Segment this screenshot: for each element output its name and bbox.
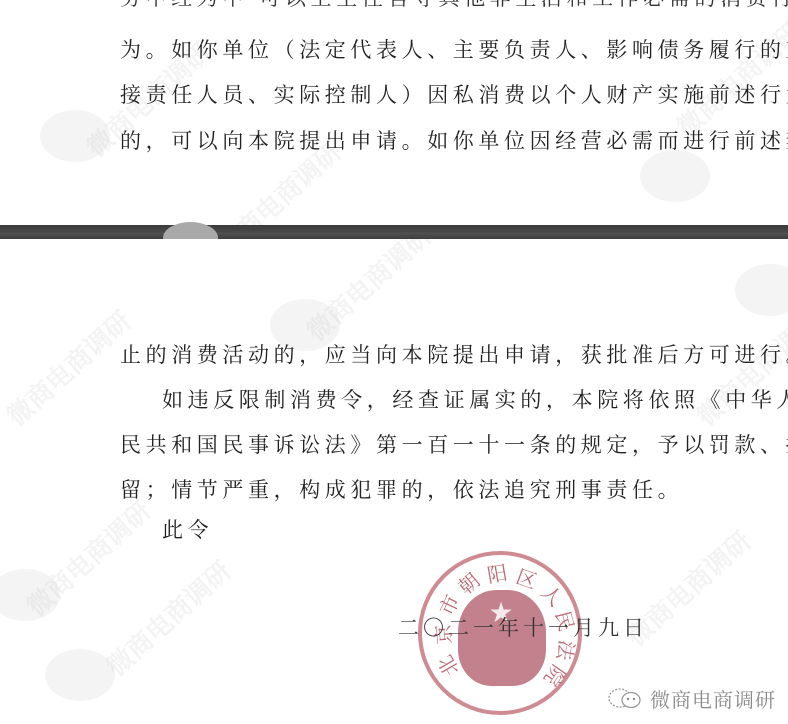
watermark-bubble <box>640 150 710 202</box>
body-line: 如违反限制消费令，经查证属实的，本院将依照《中华人 <box>162 388 718 412</box>
body-line: 民共和国民事诉讼法》第一百一十一条的规定，予以罚款、拘 <box>120 433 676 457</box>
document-page-1: 微商电商调研 微商电商调研 微商电商调研 务中经为中 可以上生往官寺具他非生活和… <box>0 0 788 225</box>
closing-line: 此令 <box>162 518 718 542</box>
watermark-bubble <box>735 264 788 316</box>
body-line: 留；情节严重，构成犯罪的，依法追究刑事责任。 <box>120 478 676 502</box>
watermark: 微商电商调研 <box>0 302 138 434</box>
page-separator <box>0 225 788 239</box>
body-line: 止的消费活动的，应当向本院提出申请，获批准后方可进行。 <box>120 343 676 367</box>
brand-label: 微商电商调研 <box>650 684 776 713</box>
watermark-bubble <box>0 569 60 621</box>
document-date: 二〇二一年十一月九日 <box>398 612 648 642</box>
watermark: 微商电商调研 <box>298 239 439 348</box>
body-line: 接责任人员、实际控制人）因私消费以个人财产实施前述行为 <box>120 83 676 107</box>
watermark: 微商电商调研 <box>18 492 159 624</box>
body-line: 为。如你单位（法定代表人、主要负责人、影响债务履行的直 <box>120 38 676 62</box>
watermark: 微商电商调研 <box>668 13 788 145</box>
watermark-bubble <box>40 110 110 162</box>
brand-footer: 微商电商调研 <box>606 683 776 713</box>
body-line: 务中经为中 可以上生往官寺具他非生活和工作必需的消费行 <box>120 0 676 10</box>
watermark-bubble <box>45 649 115 701</box>
watermark: 微商电商调研 <box>688 302 788 434</box>
watermark: 微商电商调研 <box>98 552 239 684</box>
body-line: 的，可以向本院提出申请。如你单位因经营必需而进行前述禁 <box>120 129 676 153</box>
wechat-icon <box>606 686 644 710</box>
